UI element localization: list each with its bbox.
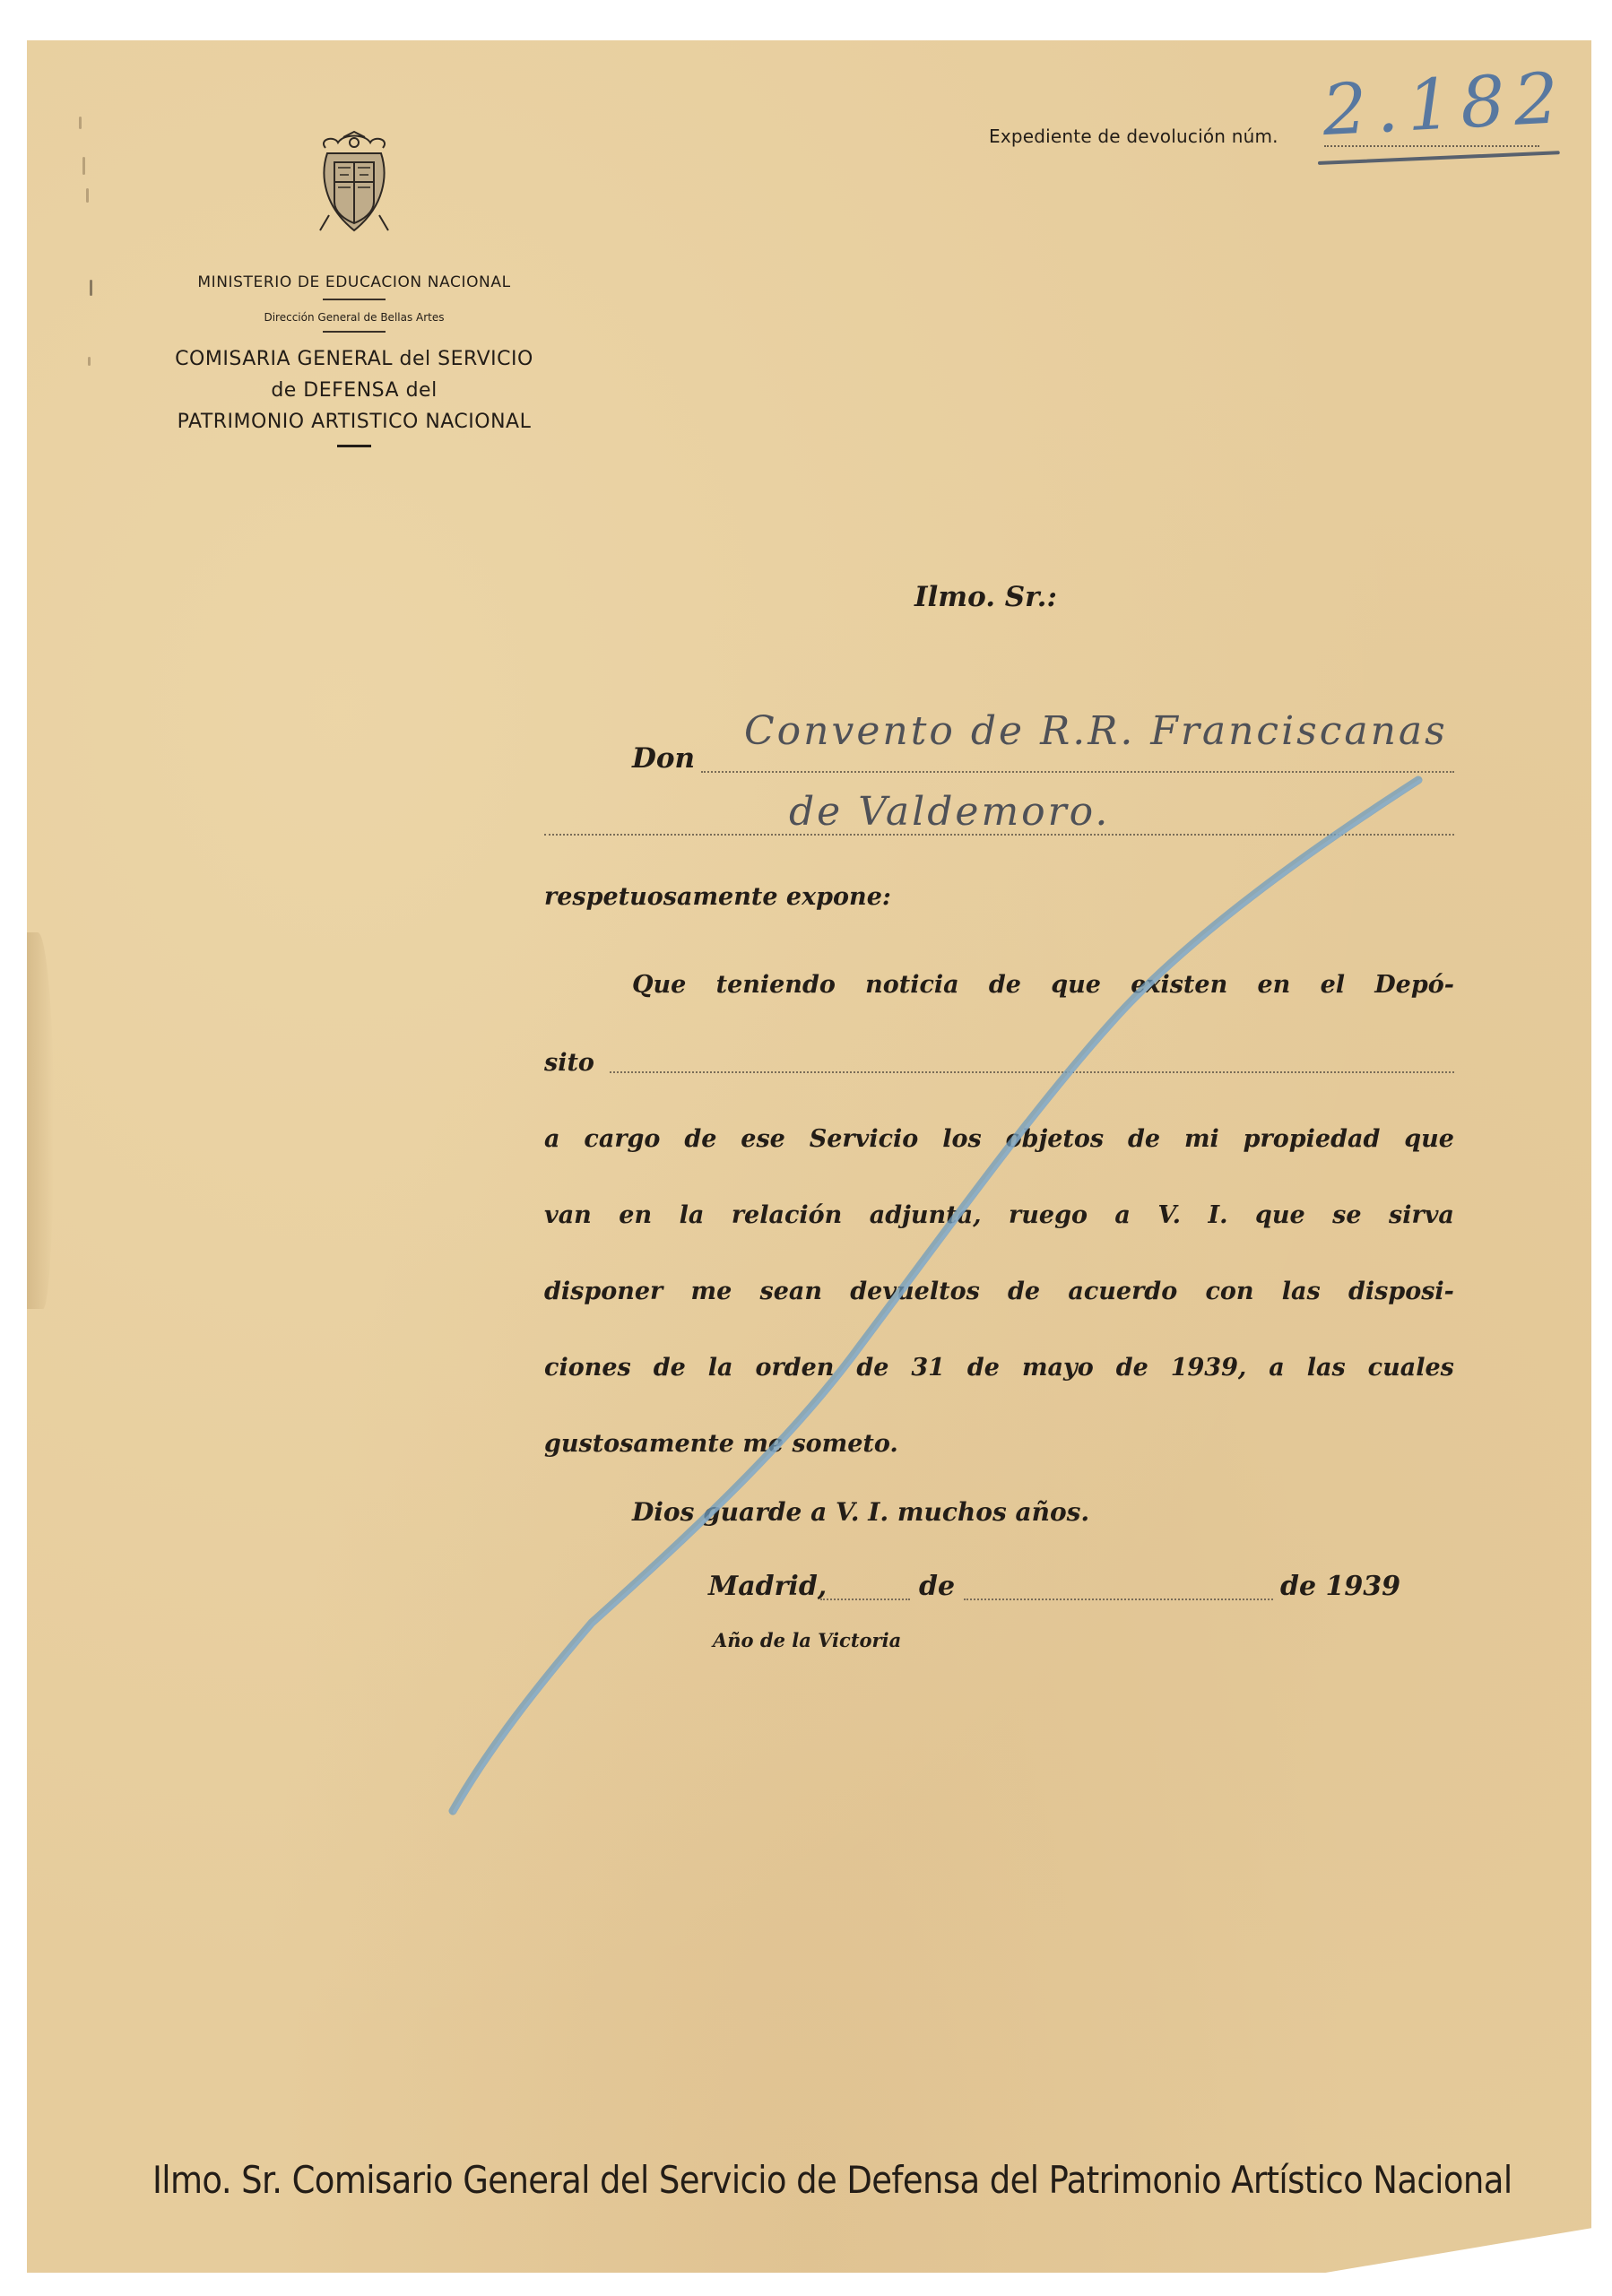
- word: teniendo: [716, 971, 836, 999]
- date-motto: Año de la Victoria: [713, 1629, 901, 1651]
- ministry-name: MINISTERIO DE EDUCACION NACIONAL: [148, 273, 560, 291]
- body-line-1: Que teniendo noticia de que existen en e…: [632, 971, 1454, 999]
- divider: [323, 299, 386, 300]
- divider: [337, 445, 371, 447]
- word: de: [684, 1125, 716, 1153]
- word: la: [680, 1201, 705, 1229]
- word: a: [1114, 1201, 1131, 1229]
- word: las: [1307, 1354, 1346, 1382]
- word: me: [691, 1278, 732, 1305]
- body-line-5: disponer me sean devueltos de acuerdo co…: [544, 1278, 1454, 1305]
- body-line-3: a cargo de ese Servicio los objetos de m…: [544, 1125, 1454, 1153]
- expediente-label: Expediente de devolución núm.: [989, 126, 1278, 147]
- word: de: [856, 1354, 888, 1382]
- divider: [323, 331, 386, 333]
- word: I.: [1209, 1201, 1228, 1229]
- comisaria-line-3: PATRIMONIO ARTISTICO NACIONAL: [148, 406, 560, 438]
- word: disposi-: [1348, 1278, 1454, 1305]
- word: ciones: [544, 1354, 631, 1382]
- word: Que: [632, 971, 686, 999]
- body-line-4: van en la relación adjunta, ruego a V. I…: [544, 1201, 1454, 1229]
- word: la: [708, 1354, 733, 1382]
- word: sirva: [1389, 1201, 1454, 1229]
- word: disponer: [544, 1278, 663, 1305]
- letterhead: MINISTERIO DE EDUCACION NACIONAL Direcci…: [148, 130, 560, 447]
- handwritten-name-line-2: de Valdemoro.: [789, 789, 1110, 835]
- expediente-number: 2.182: [1321, 58, 1570, 152]
- word: Servicio: [810, 1125, 919, 1153]
- word: orden: [755, 1354, 834, 1382]
- word: que: [1051, 971, 1101, 999]
- word: 1939,: [1171, 1354, 1247, 1382]
- word: ese: [741, 1125, 785, 1153]
- word: de: [1116, 1354, 1148, 1382]
- word: ruego: [1009, 1201, 1088, 1229]
- word: a: [1269, 1354, 1285, 1382]
- word: de: [1128, 1125, 1160, 1153]
- word: los: [942, 1125, 981, 1153]
- word: existen: [1131, 971, 1227, 999]
- date-city: Madrid,: [708, 1571, 827, 1602]
- word: acuerdo: [1068, 1278, 1177, 1305]
- comisaria-line-1: COMISARIA GENERAL del SERVICIO: [148, 343, 560, 375]
- date-day-dotted-line: [820, 1599, 910, 1600]
- word: de: [654, 1354, 686, 1382]
- don-label: Don: [632, 742, 695, 775]
- word: mi: [1184, 1125, 1219, 1153]
- deposito-label: sito: [544, 1049, 594, 1077]
- body-line-7: gustosamente me someto.: [544, 1430, 898, 1458]
- date-month-dotted-line: [964, 1599, 1273, 1600]
- word: cuales: [1368, 1354, 1454, 1382]
- word: el: [1321, 971, 1345, 999]
- word: sean: [760, 1278, 823, 1305]
- closing-line: Dios guarde a V. I. muchos años.: [632, 1497, 1089, 1527]
- word: cargo: [584, 1125, 660, 1153]
- word: devueltos: [850, 1278, 980, 1305]
- word: noticia: [865, 971, 959, 999]
- word: objetos: [1006, 1125, 1105, 1153]
- word: adjunta,: [870, 1201, 982, 1229]
- handwritten-name-line-1: Convento de R.R. Franciscanas: [744, 708, 1448, 754]
- word: Depó-: [1374, 971, 1454, 999]
- deposito-dotted-line: [610, 1071, 1454, 1073]
- comisaria-line-2: de DEFENSA del: [148, 375, 560, 406]
- word: relación: [732, 1201, 843, 1229]
- word: en: [619, 1201, 652, 1229]
- word: mayo: [1022, 1354, 1094, 1382]
- word: que: [1255, 1201, 1305, 1229]
- intro-text: respetuosamente expone:: [544, 883, 891, 911]
- word: de: [989, 971, 1021, 999]
- word: V.: [1157, 1201, 1181, 1229]
- addressee-footer: Ilmo. Sr. Comisario General del Servicio…: [152, 2159, 1461, 2202]
- word: a: [544, 1125, 560, 1153]
- body-line-6: ciones de la orden de 31 de mayo de 1939…: [544, 1354, 1454, 1382]
- word: propiedad: [1244, 1125, 1381, 1153]
- salutation: Ilmo. Sr.:: [914, 581, 1057, 613]
- word: se: [1332, 1201, 1361, 1229]
- word: van: [544, 1201, 592, 1229]
- word: de: [1008, 1278, 1040, 1305]
- direccion-general: Dirección General de Bellas Artes: [148, 311, 560, 324]
- word: en: [1257, 971, 1290, 999]
- don-dotted-line: [701, 771, 1454, 773]
- coat-of-arms-icon: [309, 130, 399, 238]
- date-de: de: [919, 1571, 955, 1602]
- word: que: [1404, 1125, 1454, 1153]
- word: de: [967, 1354, 1000, 1382]
- word: las: [1282, 1278, 1321, 1305]
- word: 31: [911, 1354, 945, 1382]
- date-year: de 1939: [1280, 1571, 1400, 1602]
- word: con: [1205, 1278, 1253, 1305]
